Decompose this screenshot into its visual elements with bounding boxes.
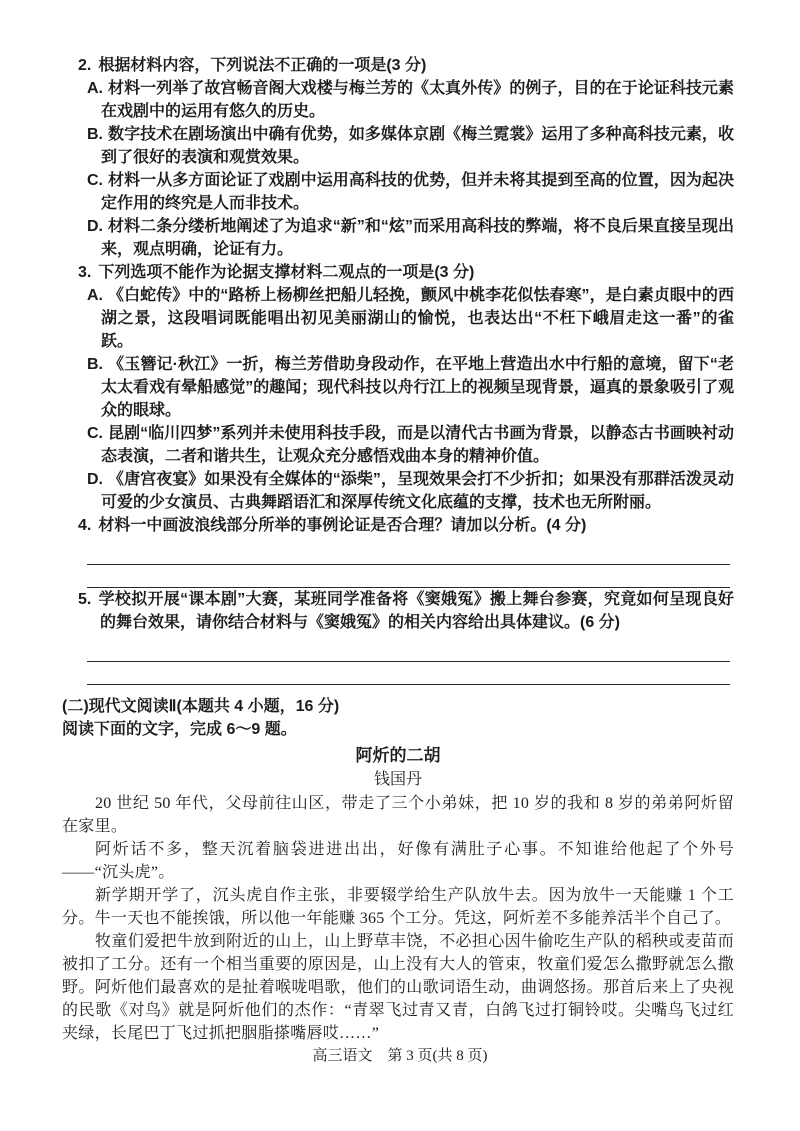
answer-line: [87, 662, 730, 685]
question-stem-text: 下列选项不能作为论据支撑材料二观点的一项是(3 分): [98, 264, 474, 281]
option-label: B.: [87, 356, 103, 373]
option-text: 《白蛇传》中的“路桥上杨柳丝把船儿轻挽，颤风中桃李花似怯春寒”，是白素贞眼中的西…: [101, 287, 734, 350]
question-number: 2.: [78, 57, 91, 74]
prose-body: 20 世纪 50 年代，父母前往山区，带走了三个小弟妹，把 10 岁的我和 8 …: [62, 792, 734, 1045]
question-2-option-b: B.数字技术在剧场演出中确有优势，如多媒体京剧《梅兰霓裳》运用了多种高科技元素，…: [62, 123, 734, 169]
question-number: 3.: [78, 264, 91, 281]
question-number: 4.: [78, 517, 91, 534]
option-text: 《玉簪记·秋江》一折，梅兰芳借助身段动作，在平地上营造出水中行船的意境，留下“老…: [101, 356, 734, 419]
question-5: 5.学校拟开展“课本剧”大赛，某班同学准备将《窦娥冤》搬上舞台参赛，究竟如何呈现…: [62, 588, 734, 685]
question-2-option-c: C.材料一从多方面论证了戏剧中运用高科技的优势，但并未将其提到至高的位置，因为起…: [62, 169, 734, 215]
option-text: 材料一列举了故宫畅音阁大戏楼与梅兰芳的《太真外传》的例子，目的在于论证科技元素在…: [101, 80, 734, 120]
option-label: D.: [87, 471, 103, 488]
option-text: 数字技术在剧场演出中确有优势，如多媒体京剧《梅兰霓裳》运用了多种高科技元素，收到…: [101, 126, 734, 166]
prose-title: 阿炘的二胡: [62, 743, 734, 768]
answer-line: [87, 542, 730, 565]
prose-author: 钱国丹: [62, 768, 734, 792]
question-2: 2.根据材料内容，下列说法不正确的一项是(3 分) A.材料一列举了故宫畅音阁大…: [62, 54, 734, 261]
page-footer: 高三语文 第 3 页(共 8 页): [0, 1044, 800, 1065]
question-stem-text: 根据材料内容，下列说法不正确的一项是(3 分): [98, 57, 426, 74]
question-3-option-b: B.《玉簪记·秋江》一折，梅兰芳借助身段动作，在平地上营造出水中行船的意境，留下…: [62, 353, 734, 422]
option-text: 《唐宫夜宴》如果没有全媒体的“添柴”，呈现效果会打不少折扣；如果没有那群活泼灵动…: [101, 471, 734, 511]
option-text: 材料一从多方面论证了戏剧中运用高科技的优势，但并未将其提到至高的位置，因为起决定…: [101, 172, 734, 212]
prose-paragraph: 新学期开学了，沉头虎自作主张，非要辍学给生产队放牛去。因为放牛一天能赚 1 个工…: [62, 884, 734, 930]
question-3-option-c: C.昆剧“临川四梦”系列并未使用科技手段，而是以清代古书画为背景，以静态古书画映…: [62, 422, 734, 468]
option-label: C.: [87, 425, 103, 442]
exam-page: 2.根据材料内容，下列说法不正确的一项是(3 分) A.材料一列举了故宫畅音阁大…: [0, 0, 800, 1131]
question-stem-text: 学校拟开展“课本剧”大赛，某班同学准备将《窦娥冤》搬上舞台参赛，究竟如何呈现良好…: [98, 591, 734, 631]
question-stem-text: 材料一中画波浪线部分所举的事例论证是否合理？请加以分析。(4 分): [98, 517, 586, 534]
section-heading: (二)现代文阅读Ⅱ(本题共 4 小题，16 分): [62, 695, 734, 718]
option-label: A.: [87, 287, 103, 304]
question-4-stem: 4.材料一中画波浪线部分所举的事例论证是否合理？请加以分析。(4 分): [62, 514, 734, 537]
question-3: 3.下列选项不能作为论据支撑材料二观点的一项是(3 分) A.《白蛇传》中的“路…: [62, 261, 734, 514]
question-2-stem: 2.根据材料内容，下列说法不正确的一项是(3 分): [62, 54, 734, 77]
prose-paragraph: 牧童们爱把牛放到附近的山上，山上野草丰饶，不必担心因牛偷吃生产队的稻秧或麦苗而被…: [62, 930, 734, 1045]
option-label: A.: [87, 80, 103, 97]
answer-line: [87, 639, 730, 662]
question-3-option-d: D.《唐宫夜宴》如果没有全媒体的“添柴”，呈现效果会打不少折扣；如果没有那群活泼…: [62, 468, 734, 514]
option-label: B.: [87, 126, 103, 143]
page-content: 2.根据材料内容，下列说法不正确的一项是(3 分) A.材料一列举了故宫畅音阁大…: [62, 54, 734, 1045]
question-2-option-d: D.材料二条分缕析地阐述了为追求“新”和“炫”而采用高科技的弊端，将不良后果直接…: [62, 215, 734, 261]
question-number: 5.: [78, 591, 91, 608]
option-text: 材料二条分缕析地阐述了为追求“新”和“炫”而采用高科技的弊端，将不良后果直接呈现…: [101, 218, 734, 258]
question-3-option-a: A.《白蛇传》中的“路桥上杨柳丝把船儿轻挽，颤风中桃李花似怯春寒”，是白素贞眼中…: [62, 284, 734, 353]
section-modern-reading-2: (二)现代文阅读Ⅱ(本题共 4 小题，16 分) 阅读下面的文字，完成 6～9 …: [62, 695, 734, 1045]
option-text: 昆剧“临川四梦”系列并未使用科技手段，而是以清代古书画为背景，以静态古书画映衬动…: [101, 425, 734, 465]
question-3-stem: 3.下列选项不能作为论据支撑材料二观点的一项是(3 分): [62, 261, 734, 284]
answer-line: [87, 565, 730, 588]
prose-paragraph: 阿炘话不多，整天沉着脑袋进进出出，好像有满肚子心事。不知谁给他起了个外号——“沉…: [62, 838, 734, 884]
question-2-option-a: A.材料一列举了故宫畅音阁大戏楼与梅兰芳的《太真外传》的例子，目的在于论证科技元…: [62, 77, 734, 123]
option-label: D.: [87, 218, 103, 235]
option-label: C.: [87, 172, 103, 189]
section-instruction: 阅读下面的文字，完成 6～9 题。: [62, 718, 734, 741]
prose-paragraph: 20 世纪 50 年代，父母前往山区，带走了三个小弟妹，把 10 岁的我和 8 …: [62, 792, 734, 838]
question-4: 4.材料一中画波浪线部分所举的事例论证是否合理？请加以分析。(4 分): [62, 514, 734, 588]
question-5-stem: 5.学校拟开展“课本剧”大赛，某班同学准备将《窦娥冤》搬上舞台参赛，究竟如何呈现…: [62, 588, 734, 634]
